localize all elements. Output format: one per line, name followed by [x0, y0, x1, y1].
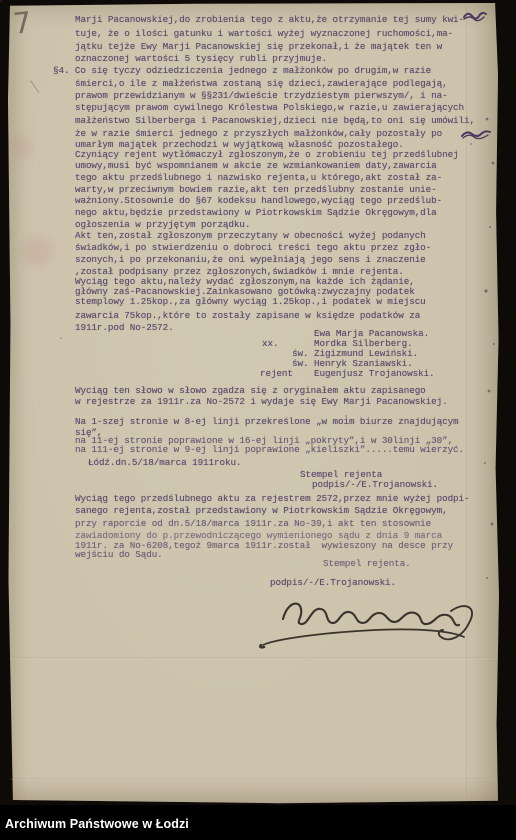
- typewritten-line: nego aktu,będzie przedstawiony w Piotrko…: [75, 208, 437, 218]
- typewritten-line: małżeństwo Silberberga i Pacanowskiej,dz…: [75, 116, 475, 126]
- typewritten-line: oznaczonej wartości 5 tysięcy rubli przy…: [75, 54, 327, 64]
- typewritten-line: św.: [292, 359, 308, 369]
- typewritten-line: 1911r.pod No-2572.: [75, 323, 174, 333]
- typewritten-line: tego aktu przedślubnego i nazwisko rejen…: [75, 173, 442, 183]
- typewritten-line: §4. Co się tyczy odziedziczenia jednego …: [53, 66, 431, 76]
- typewritten-line: umowy,musi być wspomnianem w akcie ze wz…: [75, 161, 437, 171]
- typewritten-line: Eugenjusz Trojanowski.: [314, 369, 435, 379]
- typewritten-line: Marji Pacanowskiej,do zrobienia tego z a…: [75, 15, 464, 25]
- handwritten-signature: [255, 592, 483, 658]
- typewritten-line: podpis/-/E.Trojanowski.: [270, 578, 396, 588]
- typewritten-line: warty,w przeciwnym bowiem razie,akt ten …: [75, 185, 437, 195]
- typewritten-line: świadków,i po stwierdzeniu o dobroci tre…: [75, 243, 431, 253]
- watermark-bar: Archiwum Państwowe w Łodzi: [0, 805, 516, 840]
- typewritten-line: Wyciąg ten słowo w słowo zgadza się z or…: [75, 386, 426, 396]
- typewritten-line: na 111-ej stronie w 9-ej linji poprawion…: [75, 445, 464, 455]
- typewritten-line: tuje, że o ilości gatunku i wartości wyż…: [75, 29, 453, 39]
- archive-watermark-label: Archiwum Państwowe w Łodzi: [5, 817, 189, 831]
- archival-document-scan: 7 Marji Pacanowskiej,do zrobienia tego z…: [0, 0, 516, 840]
- typewritten-line: stępującym prawom cywilnego Królestwa Po…: [75, 103, 464, 113]
- typewritten-line: Łódź.dn.5/18/marca 1911roku.: [88, 458, 241, 468]
- typewritten-line: Wyciąg tego przedślubnego aktu za rejest…: [75, 494, 470, 504]
- typewritten-line: szonych,i po przekonaniu,że oni wypełnia…: [75, 255, 426, 265]
- typewritten-line: przy raporcie od dn.5/18/marca 1911r.za …: [75, 519, 431, 529]
- typewritten-line: jątku tejże Ewy Marji Pacanowskiej się p…: [75, 42, 442, 52]
- typewritten-line: śmierci,o ile z małżeństwa zostaną się d…: [75, 79, 448, 89]
- typewritten-line: Stempel rejenta.: [323, 559, 411, 569]
- typewritten-line: stemplowy 1.25kop.,za główny wyciąg 1.25…: [75, 297, 426, 307]
- typewritten-line: wejściu do Sądu.: [75, 550, 163, 560]
- strikethrough-mark: [460, 127, 492, 141]
- typewritten-text-layer: Marji Pacanowskiej,do zrobienia tego z a…: [0, 0, 516, 840]
- strikethrough-mark: [462, 9, 488, 23]
- ink-specks: [0, 0, 2, 2]
- typewritten-line: sanego rejenta,został przedstawiony w Pi…: [75, 506, 448, 516]
- typewritten-line: rejent: [260, 369, 293, 379]
- typewritten-line: w rejestrze za 1911r.za No-2572 i wydaje…: [75, 397, 448, 407]
- typewritten-line: ogłoszenia w przyjętym porządku.: [75, 220, 250, 230]
- typewritten-line: Na 1-szej stronie w 8-ej linji przekreśl…: [75, 417, 459, 427]
- typewritten-line: zawarcia 75kop.,które to zostały zapisan…: [75, 311, 420, 321]
- typewritten-line: podpis/-/E.Trojanowski.: [312, 480, 438, 490]
- typewritten-line: Czyniący rejent wytłómaczył zgłoszonym,ż…: [75, 150, 459, 160]
- typewritten-line: że w razie śmierci jednego z przyszłych …: [75, 129, 442, 139]
- typewritten-line: ważniony.Stosownie do §67 kodeksu handlo…: [75, 196, 442, 206]
- typewritten-line: xx.: [262, 339, 278, 349]
- typewritten-line: prawom przewidzianym w §§231/dwieście tr…: [75, 91, 448, 101]
- typewritten-line: Akt ten,został zgłoszonym przeczytany w …: [75, 231, 426, 241]
